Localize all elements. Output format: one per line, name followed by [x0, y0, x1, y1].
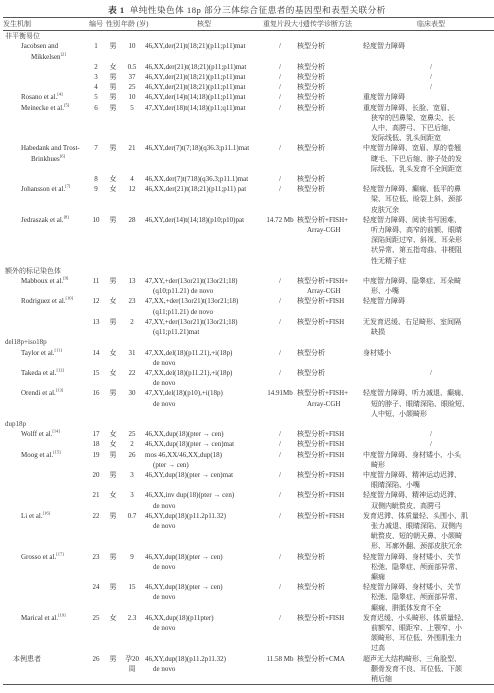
age-value: 4 — [130, 175, 134, 183]
phenotype-cell: 中度智力障碍、身材矮小、小头畸形 — [363, 450, 494, 470]
diagnosis-method: 核型分析 — [297, 175, 325, 183]
group-title: 额外的标记染色体 — [3, 266, 494, 276]
reference-number: [8] — [64, 215, 69, 220]
age-cell: 2 — [121, 317, 143, 337]
age-cell: 12 — [121, 184, 143, 215]
age-cell: 5 — [121, 103, 143, 144]
group-title: del18p+iso18p — [3, 337, 494, 347]
dup-size-value: / — [263, 72, 297, 82]
sex-value: 男 — [105, 450, 121, 470]
karyotype-cell: 46,XX,dup(18)(pter → cen)mat — [143, 439, 263, 449]
case-number: 19 — [87, 450, 105, 470]
age-value: 2.3 — [128, 614, 137, 622]
case-number: 7 — [87, 143, 105, 174]
table-row: Takeda et al.[12] 15 女 22 47,XX,del(18)(… — [3, 368, 494, 388]
age-cell: 13 — [121, 276, 143, 296]
karyotype-cont: (q11;p11.21) de novo — [145, 307, 263, 317]
phenotype-line: 狭窄的凹鼻梁、宽鼻尖、长 — [363, 113, 494, 123]
table-row: Grosso et al.[17] 23 男 9 46,XY,dup(18)(p… — [3, 552, 494, 583]
phenotype-line: 中度智力障碍、宽眉、厚的卷翘 — [363, 143, 494, 153]
diagnosis-cell: 核型分析 — [297, 174, 363, 184]
karyotype-cont: de novo — [145, 592, 263, 602]
diagnosis-cell: 核型分析 — [297, 103, 363, 144]
sex-value: 女 — [105, 439, 121, 449]
table-row: Rosano et al.[4] 5 男 10 46,XY,der(14)t(1… — [3, 92, 494, 102]
sex-value: 女 — [105, 296, 121, 316]
sex-value: 女 — [105, 368, 121, 388]
karyotype-cell: 47,XX,del(18)(p11.21),+i(18p)de novo — [143, 368, 263, 388]
dup-size-value: / — [263, 348, 297, 368]
diagnosis-cell: 核型分析 — [297, 184, 363, 215]
case-number: 6 — [87, 103, 105, 144]
age-cell: 2 — [121, 439, 143, 449]
sex-value: 男 — [105, 470, 121, 490]
age-unit: 周 — [129, 665, 136, 673]
group-header-non-balanced-translocation: 非平衡易位 — [3, 31, 494, 42]
sex-value: 男 — [105, 552, 121, 583]
phenotype-line: 中度智力障碍、隐睾症、耳朵畸 — [363, 276, 494, 286]
age-value: 0.7 — [128, 512, 137, 520]
karyotype-value: 47,XY,+der(13or21)t(13or21;18) — [145, 318, 237, 326]
case-number: 2 — [87, 62, 105, 72]
col-number: 编号 — [87, 18, 105, 31]
phenotype-line: 无发育迟缓、右足畸形、室间隔 — [363, 317, 494, 327]
author-cell: 本例患者 — [3, 654, 87, 685]
dup-size-value: 14.91Mb — [263, 388, 297, 419]
author-name: Takeda et al. — [21, 369, 56, 377]
phenotype-line: 轻度智力障碍、身材矮小、关节 — [363, 582, 494, 592]
age-cell: 孕20周 — [121, 654, 143, 685]
age-value: 31 — [129, 349, 136, 357]
author-cell: Wolff et al.[14] — [3, 429, 87, 439]
age-value: 2 — [130, 440, 134, 448]
dup-size-value: / — [263, 143, 297, 174]
karyotype-value: 47,XY,der(18)t(14;18)(p11;q11)mat — [145, 104, 245, 112]
case-number: 1 — [87, 41, 105, 61]
diagnosis-cell: 核型分析+CMA — [297, 654, 363, 685]
author-name: Marical et al. — [21, 614, 58, 622]
age-cell: 22 — [121, 368, 143, 388]
sex-value: 男 — [105, 276, 121, 296]
phenotype-line: 癫痫、胼胝体发育不全 — [363, 603, 494, 613]
sex-value: 男 — [105, 41, 121, 61]
phenotype-cell: 重度智力障碍、长脸、宽眉、狭窄的凹鼻梁、宽鼻尖、长人中、高腭弓、下巴后缩、发际线… — [363, 103, 494, 144]
group-header-dup18p: dup18p — [3, 419, 494, 429]
phenotype-line: 超声无大结构畸形、三角脸型、 — [363, 654, 494, 664]
author-cell — [3, 582, 87, 613]
sex-value: 男 — [105, 72, 121, 82]
sex-value: 女 — [105, 613, 121, 654]
diagnosis-method-cont: Array-CGH — [297, 225, 363, 235]
phenotype-cell: 超声无大结构畸形、三角脸型、颧骨发育不良、耳位低、下颌稍后缩 — [363, 654, 494, 685]
diagnosis-cell: 核型分析+FISH — [297, 439, 363, 449]
diagnosis-cell: 核型分析 — [297, 552, 363, 583]
reference-number: [17] — [56, 551, 64, 556]
karyotype-cell: 47,XX,del(18)(p11.21),+i(18p)de novo — [143, 348, 263, 368]
sex-value: 男 — [105, 92, 121, 102]
karyotype-cont: de novo — [145, 623, 263, 633]
author-cell: Johansson et al.[7] — [3, 184, 87, 215]
dup-size-value: / — [263, 41, 297, 61]
case-number: 18 — [87, 439, 105, 449]
diagnosis-method: 核型分析 — [297, 185, 325, 193]
karyotype-value: 46,XY,dup(18)(pter → cen)mat — [145, 471, 233, 479]
sex-value: 男 — [105, 582, 121, 613]
age-value: 2 — [130, 318, 134, 326]
sex-value: 男 — [105, 388, 121, 419]
sex-value: 女 — [105, 429, 121, 439]
author-cell: Marical et al.[19] — [3, 613, 87, 654]
table-row: Habedank and Trost-Brinkhues[6] 7 男 21 4… — [3, 143, 494, 174]
phenotype-cell: 轻度智力障碍、身材矮小、关节松弛、隐睾症、颅面部异常、癫痫、胼胝体发育不全 — [363, 582, 494, 613]
phenotype-line: 双侧内眦赘皮、高腭弓 — [363, 501, 494, 511]
phenotype-line: 发育迟缓、小头畸形、体质量轻、 — [363, 613, 494, 623]
diagnosis-cell: 核型分析 — [297, 82, 363, 92]
age-value: 15 — [129, 583, 136, 591]
diagnosis-cell: 核型分析+FISH — [297, 490, 363, 510]
karyotype-cell: 46,XX,der(7)t(718)(q36.3;p11.1)mat — [143, 174, 263, 184]
karyotype-cell: 46,XY,der(7)t(7;18)(q36.3;p11.1)mat — [143, 143, 263, 174]
phenotype-line: 皮肤冗余 — [363, 205, 494, 215]
dup-size-value: / — [263, 368, 297, 388]
diagnosis-cell: 核型分析 — [297, 92, 363, 102]
phenotype-cell: 轻度智力障碍、精神运动迟滞、双侧内眦赘皮、高腭弓 — [363, 490, 494, 510]
author-name: Habedank and Trost- — [21, 144, 80, 152]
table-row: Mabboux et al.[9] 11 男 13 47,XY,+der(13o… — [3, 276, 494, 296]
author-name-cont: Brinkhues — [31, 155, 60, 163]
karyotype-cell: 46,XX,der(21)t(18;21)(p11;p11)mat — [143, 62, 263, 72]
dup-size-value: / — [263, 613, 297, 654]
phenotype-line: 轻度智力障碍、精神运动迟滞、 — [363, 490, 494, 500]
age-value: 0.5 — [128, 63, 137, 71]
author-name: Johansson et al. — [21, 185, 65, 193]
karyotype-value: 46,XY,dup(18)(pter → cen) — [145, 583, 223, 591]
karyotype-cell: 46,XX,dup(18)(p11pter)de novo — [143, 613, 263, 654]
col-mechanism: 发生机制 — [3, 18, 87, 31]
reference-number: [6] — [60, 153, 65, 158]
diagnosis-method: 核型分析+FISH — [297, 491, 344, 499]
diagnosis-cell: 核型分析 — [297, 143, 363, 174]
phenotype-cell — [363, 174, 494, 184]
phenotype-cell: / — [363, 368, 494, 388]
age-value: 37 — [129, 73, 136, 81]
phenotype-line: 梁、耳位低、睑裂上斜、颈部 — [363, 194, 494, 204]
age-value: 25 — [129, 430, 136, 438]
age-cell: 25 — [121, 429, 143, 439]
karyotype-value: mos 46,XX/46,XX,dup(18) — [145, 451, 222, 459]
sex-value: 男 — [105, 215, 121, 266]
author-cell — [3, 62, 87, 72]
dup-size-value: / — [263, 92, 297, 102]
group-header-extra-marker-chromosome: 额外的标记染色体 — [3, 266, 494, 276]
diagnosis-method: 核型分析 — [297, 93, 325, 101]
phenotype-line: 身材矮小 — [363, 348, 494, 358]
sex-value: 男 — [105, 654, 121, 685]
karyotype-value: 46,XY,der(21)t(18;21)(p11;p11)mat — [145, 83, 245, 91]
diagnosis-method: 核型分析 — [297, 583, 325, 591]
phenotype-line: 轻度智力障碍、阅读书写困难、 — [363, 215, 494, 225]
reference-number: [10] — [66, 296, 74, 301]
karyotype-cell: 47,XY,+der(13or21)t(13or21;18)(q11;p11.2… — [143, 317, 263, 337]
phenotype-line: 轻度智力障碍、听力减退、癫痫、 — [363, 388, 494, 398]
dup-size-value: / — [263, 184, 297, 215]
phenotype-line: 轻度智力障碍、癫痫、低平的鼻 — [363, 184, 494, 194]
phenotype-line: 形、耳廓外翻、颈部皮肤冗余 — [363, 541, 494, 551]
karyotype-value: 46,XX,der(21)t(18;21)(p11;p11)mat — [145, 63, 246, 71]
karyotype-value: 46,XY,der(14)t(14;18)(p11;p11)mat — [145, 93, 245, 101]
phenotype-line: 状异常、第五指弯曲、非梗阻 — [363, 245, 494, 255]
karyotype-value: 47,XY,del(18)(p10),+i(18p) — [145, 389, 223, 397]
genotype-phenotype-table: 发生机制 编号 性别 年龄 (岁) 核型 重复片段大小 遗传学诊断方法 临床表型… — [3, 17, 494, 685]
reference-number: [14] — [52, 429, 60, 434]
author-name: Meinecke et al. — [21, 104, 64, 112]
diagnosis-cell: 核型分析+FISH+Array-CGH — [297, 215, 363, 266]
table-row: Taylor et al.[11] 14 女 31 47,XX,del(18)(… — [3, 348, 494, 368]
table-row: 2 女 0.5 46,XX,der(21)t(18;21)(p11;p11)ma… — [3, 62, 494, 72]
phenotype-line: 稍后缩 — [363, 674, 494, 684]
age-cell: 0.7 — [121, 511, 143, 552]
author-cell — [3, 174, 87, 184]
diagnosis-method: 核型分析 — [297, 349, 325, 357]
case-number: 4 — [87, 82, 105, 92]
phenotype-line: 重度智力障碍、长脸、宽眉、 — [363, 103, 494, 113]
author-cell: Orendi et al.[13] — [3, 388, 87, 419]
karyotype-value: 46,XY,der(21)t(18;21)(p11;p11)mat — [145, 42, 245, 50]
author-cell: Habedank and Trost-Brinkhues[6] — [3, 143, 87, 174]
age-value: 5 — [130, 104, 134, 112]
karyotype-cell: mos 46,XX/46,XX,dup(18)(pter → cen) — [143, 450, 263, 470]
karyotype-cell: 46,XY,der(14)t(14;18)(p10;p10)pat — [143, 215, 263, 266]
phenotype-line: 形、小嘴 — [363, 286, 494, 296]
group-header-del18p-iso18p: del18p+iso18p — [3, 337, 494, 347]
diagnosis-cell: 核型分析+FISH — [297, 317, 363, 337]
table-label: 表 1 — [108, 5, 125, 15]
karyotype-cell: 46,XX,inv dup(18)(pter → cen)de novo — [143, 490, 263, 510]
karyotype-value: 47,XX,del(18)(p11.21),+i(18p) — [145, 369, 232, 377]
phenotype-line: / — [363, 368, 494, 378]
karyotype-cell: 46,XY,der(21)t(18;21)(p11;p11)mat — [143, 41, 263, 61]
age-cell: 15 — [121, 582, 143, 613]
sex-value: 女 — [105, 62, 121, 72]
author-name: Li et al. — [21, 512, 43, 520]
phenotype-line: 前额窄、眼距窄、上颚窄、小 — [363, 623, 494, 633]
diagnosis-cell: 核型分析+FISH — [297, 470, 363, 490]
case-number: 24 — [87, 582, 105, 613]
age-value: 3 — [130, 471, 134, 479]
diagnosis-method: 核型分析+FISH — [297, 614, 344, 622]
author-cell — [3, 490, 87, 510]
phenotype-line: 性无精子症 — [363, 256, 494, 266]
age-cell: 2.3 — [121, 613, 143, 654]
author-cell — [3, 72, 87, 82]
age-value: 21 — [129, 144, 136, 152]
age-value: 30 — [129, 389, 136, 397]
age-value: 12 — [129, 185, 136, 193]
case-number: 15 — [87, 368, 105, 388]
table-row: Moog et al.[15] 19 男 26 mos 46,XX/46,XX,… — [3, 450, 494, 470]
age-value: 25 — [129, 83, 136, 91]
diagnosis-cell: 核型分析 — [297, 582, 363, 613]
author-cell: Takeda et al.[12] — [3, 368, 87, 388]
phenotype-line: 人中短、小颌畸形 — [363, 409, 494, 419]
karyotype-value: 46,XX,dup(18)(pter → cen) — [145, 430, 224, 438]
dup-size-value: / — [263, 429, 297, 439]
reference-number: [11] — [55, 347, 62, 352]
dup-size-value: / — [263, 511, 297, 552]
author-name: Moog et al. — [21, 451, 53, 459]
diagnosis-method: 核型分析+FISH — [297, 451, 344, 459]
karyotype-cont: de novo — [145, 399, 263, 409]
phenotype-cell: 身材矮小 — [363, 348, 494, 368]
age-value: 3 — [130, 491, 134, 499]
phenotype-cell: / — [363, 72, 494, 82]
phenotype-line: 张力减退、眼睛深陷、双侧内 — [363, 521, 494, 531]
dup-size-value: / — [263, 62, 297, 72]
col-dup-size: 重复片段大小 — [263, 18, 297, 31]
age-value: 23 — [129, 297, 136, 305]
diagnosis-cell: 核型分析 — [297, 41, 363, 61]
phenotype-line: 短的脖子、眼睛深陷、眼睑短、 — [363, 399, 494, 409]
reference-number: [19] — [58, 612, 66, 617]
diagnosis-method: 核型分析+FISH — [297, 471, 344, 479]
phenotype-cell: 发育迟缓、小头畸形、体质量轻、前额窄、眼距窄、上颚窄、小颌畸形、耳位低、外围肌张… — [363, 613, 494, 654]
case-number: 12 — [87, 296, 105, 316]
table-row: 18 女 2 46,XX,dup(18)(pter → cen)mat / 核型… — [3, 439, 494, 449]
author-name: Grosso et al. — [21, 553, 56, 561]
col-sex: 性别 — [105, 18, 121, 31]
karyotype-value: 46,XX,inv dup(18)(pter → cen) — [145, 491, 234, 499]
phenotype-line: / — [363, 429, 494, 439]
age-cell: 25 — [121, 82, 143, 92]
diagnosis-method: 核型分析+FISH+ — [297, 389, 348, 397]
phenotype-cell: 轻度智力障碍、阅读书写困难、听力障碍、高窄的前额、眼睛深陷间距过窄、斜视、耳朵形… — [363, 215, 494, 266]
author-cell: Mabboux et al.[9] — [3, 276, 87, 296]
phenotype-line: 癫痫 — [363, 572, 494, 582]
karyotype-cell: 46,XY,dup(18)(pter → cen)mat — [143, 470, 263, 490]
reference-number: [15] — [53, 449, 61, 454]
table-row: 3 男 37 46,XY,der(21)t(18;21)(p11;p11)mat… — [3, 72, 494, 82]
karyotype-cell: 46,XY,dup(18)(pter → cen)de novo — [143, 582, 263, 613]
case-number: 14 — [87, 348, 105, 368]
age-value: 10 — [129, 93, 136, 101]
phenotype-line: 颧骨发育不良、耳位低、下颌 — [363, 664, 494, 674]
karyotype-cell: 46,XY,der(14)t(14;18)(p11;p11)mat — [143, 92, 263, 102]
reference-number: [9] — [63, 276, 68, 281]
age-cell: 21 — [121, 143, 143, 174]
case-number: 10 — [87, 215, 105, 266]
author-name: 本例患者 — [13, 655, 41, 663]
phenotype-line: 睫毛、下巴后缩、脖子处的发 — [363, 154, 494, 164]
diagnosis-method: 核型分析+FISH — [297, 440, 344, 448]
karyotype-cell: 46,XY,der(21)t(18;21)(p11;p11)mat — [143, 82, 263, 92]
karyotype-cont: de novo — [145, 378, 263, 388]
author-name: Wolff et al. — [21, 430, 52, 438]
reference-number: [13] — [56, 388, 64, 393]
reference-number: [16] — [43, 510, 51, 515]
age-value: 22 — [129, 369, 136, 377]
author-name: Taylor et al. — [21, 349, 55, 357]
author-name: Rosano et al. — [21, 93, 57, 101]
diagnosis-cell: 核型分析+FISH — [297, 296, 363, 316]
case-number: 21 — [87, 490, 105, 510]
age-cell: 30 — [121, 388, 143, 419]
case-number: 3 — [87, 72, 105, 82]
case-number: 13 — [87, 317, 105, 337]
diagnosis-method: 核型分析+FISH — [297, 318, 344, 326]
phenotype-line: 际线低、乳头发育不全间距宽 — [363, 164, 494, 174]
author-cell — [3, 470, 87, 490]
karyotype-value: 46,XY,der(14)t(14;18)(p10;p10)pat — [145, 216, 244, 224]
col-clinical-phenotype: 临床表型 — [363, 18, 494, 31]
dup-size-value: 11.58 Mb — [263, 654, 297, 685]
phenotype-line: 眦赘皮、短的朝天鼻、小颌畸 — [363, 531, 494, 541]
age-cell: 31 — [121, 348, 143, 368]
karyotype-value: 47,XX,+der(13or21)t(13or21;18) — [145, 297, 238, 305]
table-row: Li et al.[16] 22 男 0.7 46,XY,dup(18)(p11… — [3, 511, 494, 552]
sex-value: 女 — [105, 348, 121, 368]
diagnosis-method: 核型分析 — [297, 553, 325, 561]
reference-number: [4] — [57, 92, 62, 97]
karyotype-cell: 46,XX,der(21)t(18;21)(p11;p11) pat — [143, 184, 263, 215]
reference-number: [12] — [56, 368, 64, 373]
author-name: Jacobsen and — [21, 42, 58, 50]
age-value: 26 — [129, 451, 136, 459]
karyotype-cont: de novo — [145, 521, 263, 531]
table-row: Jacobsen andMikkelsen[2] 1 男 10 46,XY,de… — [3, 41, 494, 61]
age-cell: 3 — [121, 470, 143, 490]
karyotype-cont: de novo — [145, 562, 263, 572]
karyotype-value: 46,XX,dup(18)(p11pter) — [145, 614, 214, 622]
col-age: 年龄 (岁) — [121, 18, 143, 31]
diagnosis-cell: 核型分析 — [297, 368, 363, 388]
author-cell: Meinecke et al.[5] — [3, 103, 87, 144]
author-cell: Rosano et al.[4] — [3, 92, 87, 102]
author-cell: Jedraszak et al.[8] — [3, 215, 87, 266]
phenotype-line: / — [363, 439, 494, 449]
phenotype-cell: / — [363, 439, 494, 449]
karyotype-cell: 47,XY,del(18)(p10),+i(18p)de novo — [143, 388, 263, 419]
dup-size-value: / — [263, 296, 297, 316]
age-cell: 10 — [121, 92, 143, 102]
author-cell: Moog et al.[15] — [3, 450, 87, 470]
case-number: 20 — [87, 470, 105, 490]
table-row: 8 女 4 46,XX,der(7)t(718)(q36.3;p11.1)mat… — [3, 174, 494, 184]
phenotype-line: 轻度智力障碍 — [363, 296, 494, 306]
phenotype-cell: / — [363, 62, 494, 72]
sex-value: 男 — [105, 143, 121, 174]
diagnosis-method: 核型分析+FISH — [297, 297, 344, 305]
table-row: Wolff et al.[14] 17 女 25 46,XX,dup(18)(p… — [3, 429, 494, 439]
diagnosis-cell: 核型分析+FISH — [297, 429, 363, 439]
phenotype-cell: 轻度智力障碍 — [363, 296, 494, 316]
age-cell: 4 — [121, 174, 143, 184]
diagnosis-cell: 核型分析+FISH — [297, 613, 363, 654]
age-cell: 26 — [121, 450, 143, 470]
phenotype-line: 轻度智力障碍 — [363, 41, 494, 51]
dup-size-value: / — [263, 174, 297, 184]
phenotype-line: 深陷间距过窄、斜视、耳朵形 — [363, 235, 494, 245]
diagnosis-method: 核型分析+CMA — [297, 655, 345, 663]
dup-size-value: / — [263, 552, 297, 583]
table-row: Meinecke et al.[5] 6 男 5 47,XY,der(18)t(… — [3, 103, 494, 144]
diagnosis-method: 核型分析 — [297, 104, 325, 112]
table-row: 24 男 15 46,XY,dup(18)(pter → cen)de novo… — [3, 582, 494, 613]
karyotype-cont: (q10;p11.21) de novo — [145, 286, 263, 296]
diagnosis-cell: 核型分析+FISH — [297, 511, 363, 552]
reference-number: [7] — [65, 184, 70, 189]
phenotype-cell: 中度智力障碍、宽眉、厚的卷翘睫毛、下巴后缩、脖子处的发际线低、乳头发育不全间距宽 — [363, 143, 494, 174]
sex-value: 男 — [105, 82, 121, 92]
